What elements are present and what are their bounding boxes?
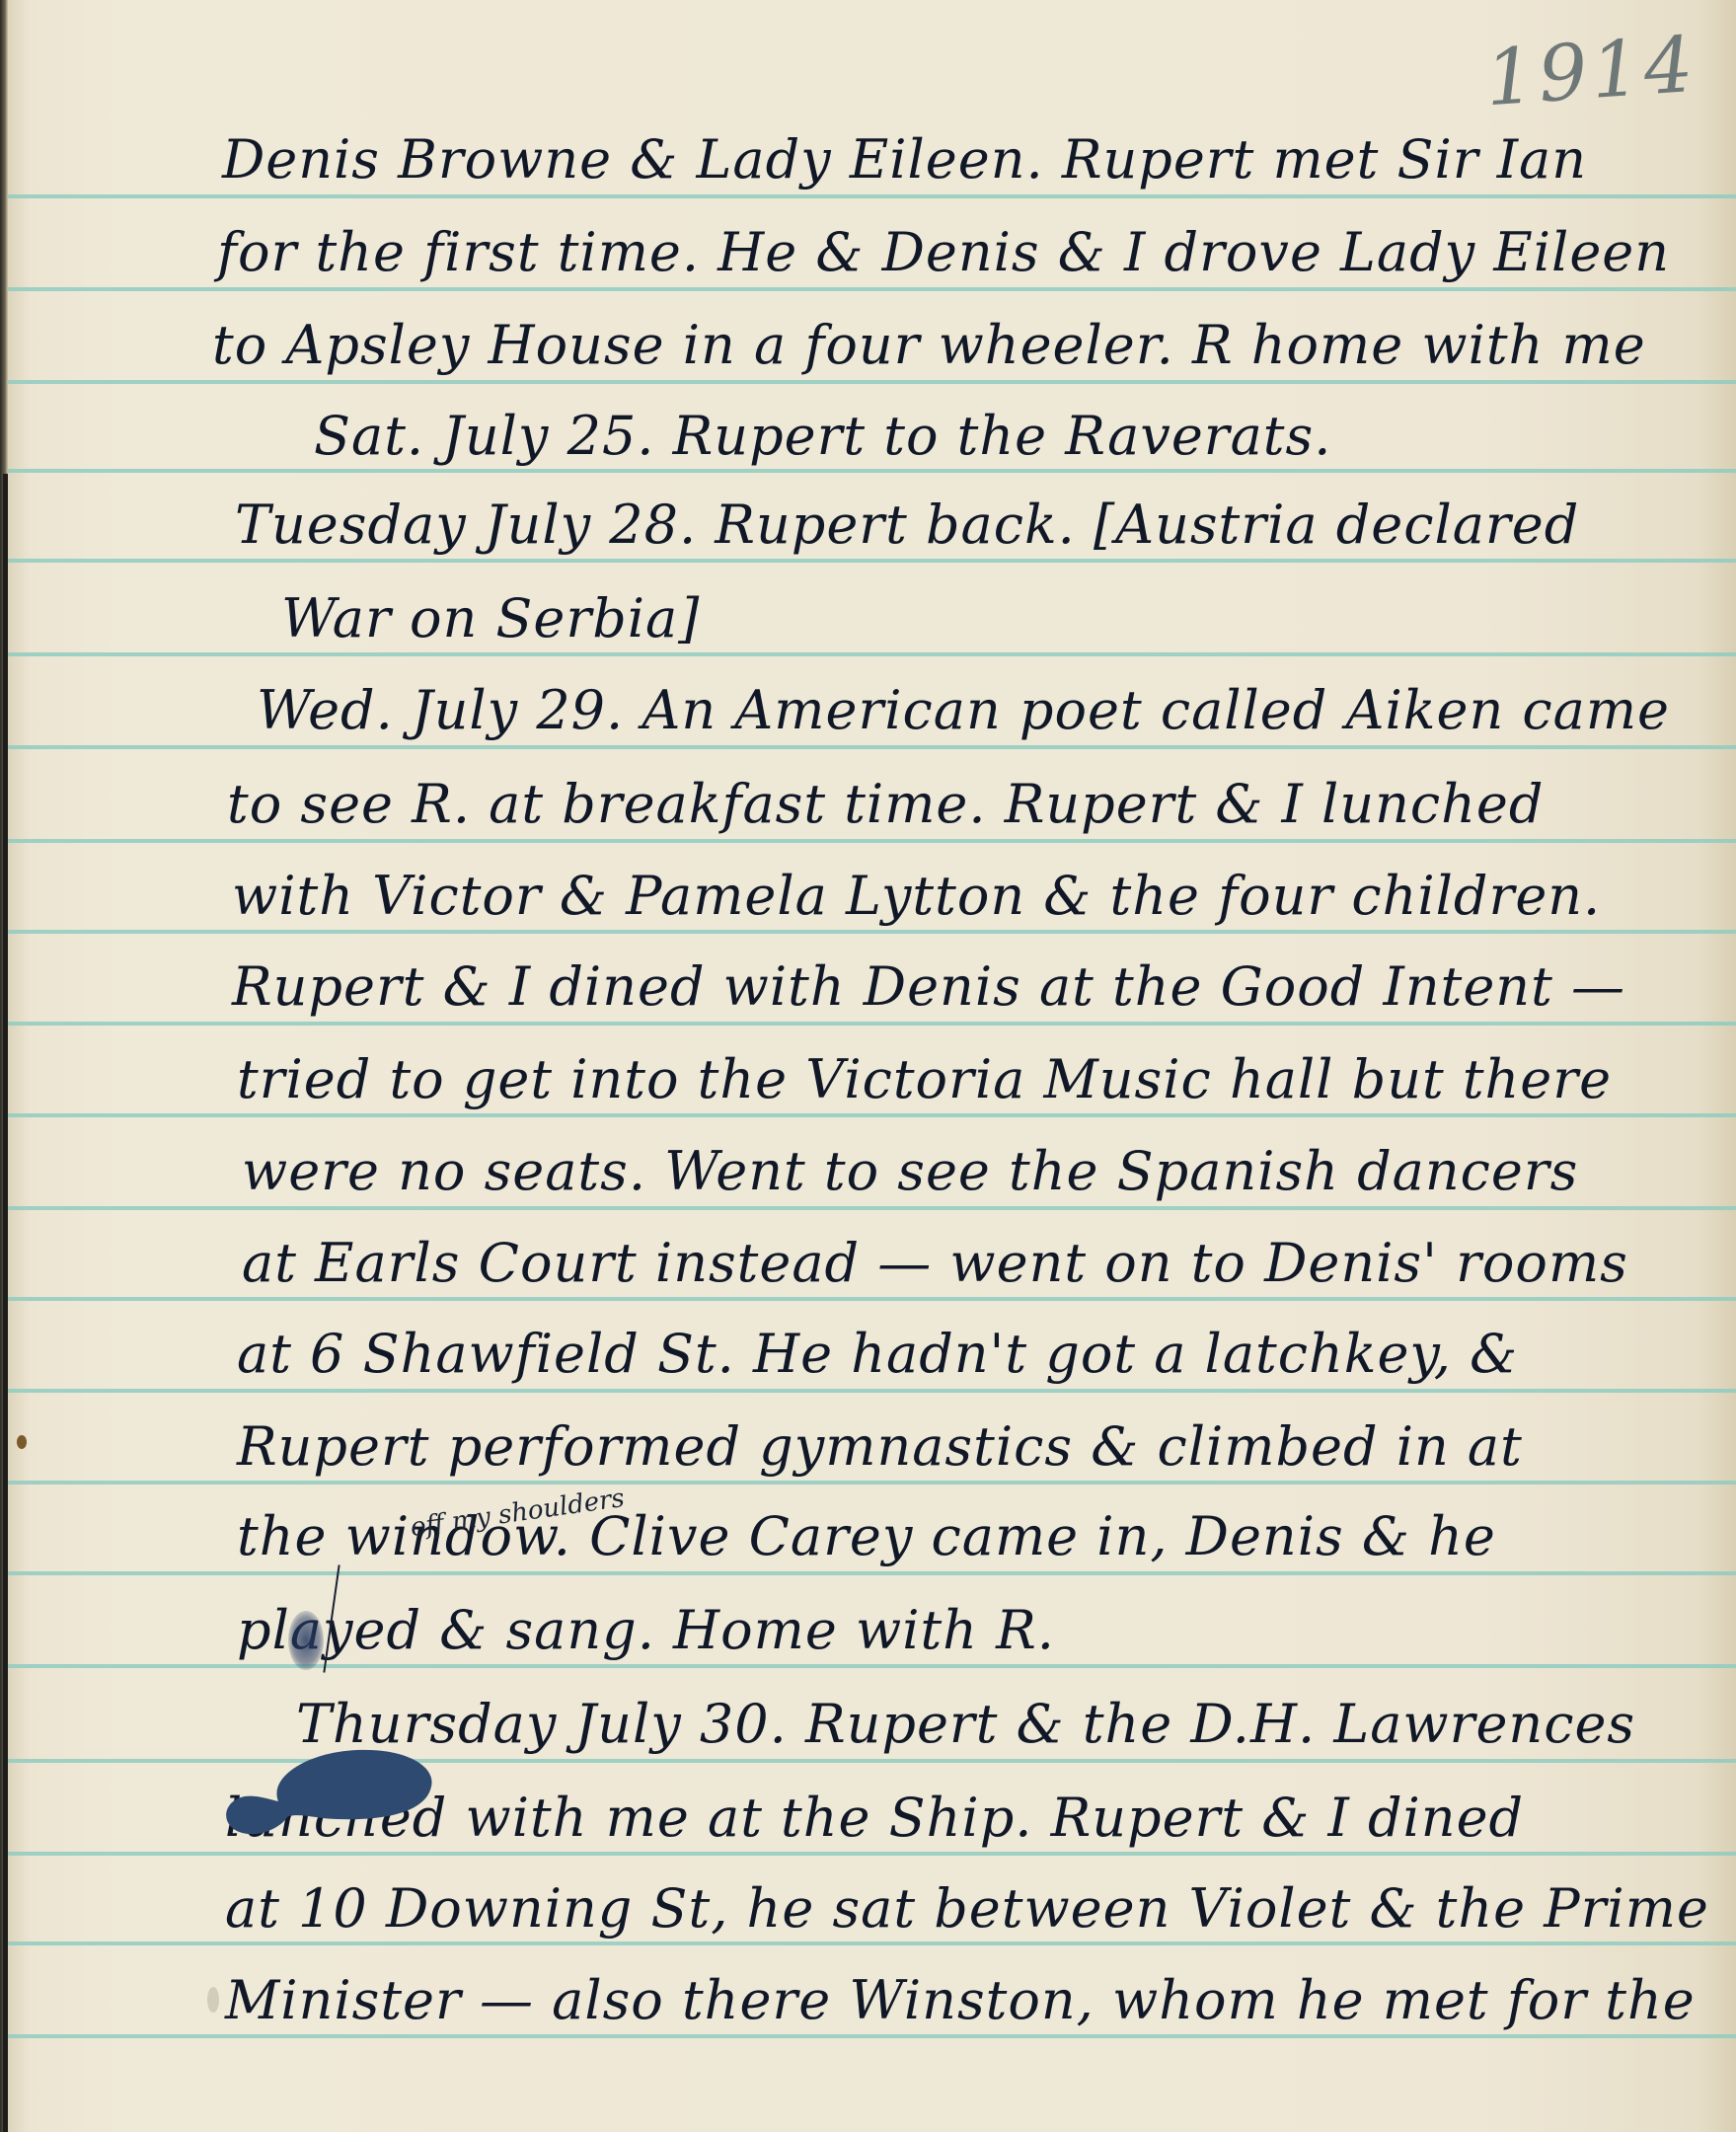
ruled-line xyxy=(8,930,1736,934)
ruled-line xyxy=(8,1206,1736,1210)
diary-line: with Victor & Pamela Lytton & the four c… xyxy=(232,865,1601,927)
ruled-line xyxy=(8,1571,1736,1575)
diary-line: tried to get into the Victoria Music hal… xyxy=(237,1048,1612,1110)
ruled-line xyxy=(8,380,1736,384)
year-annotation: 1914 xyxy=(1482,21,1699,124)
ruled-line xyxy=(8,559,1736,563)
ruled-line xyxy=(8,1481,1736,1485)
diary-line: to see R. at breakfast time. Rupert & I … xyxy=(227,773,1544,835)
diary-line: at 6 Shawfield St. He hadn't got a latch… xyxy=(237,1323,1518,1385)
binding-shadow xyxy=(3,474,8,2132)
ruled-line xyxy=(8,652,1736,656)
ruled-line xyxy=(8,469,1736,473)
diary-line: Wed. July 29. An American poet called Ai… xyxy=(257,679,1670,741)
ruled-line xyxy=(8,1022,1736,1026)
diary-line: for the first time. He & Denis & I drove… xyxy=(217,221,1670,283)
paper-stain xyxy=(17,1435,27,1449)
diary-line: played & sang. Home with R. xyxy=(237,1599,1055,1661)
ruled-line xyxy=(8,1297,1736,1301)
diary-page: 1914 Denis Browne & Lady Eileen. Rupert … xyxy=(0,0,1736,2132)
ruled-line xyxy=(8,1389,1736,1393)
diary-line: Tuesday July 28. Rupert back. [Austria d… xyxy=(235,494,1579,556)
paper-spot xyxy=(207,1987,219,2013)
ruled-line xyxy=(8,1664,1736,1668)
diary-line: Thursday July 30. Rupert & the D.H. Lawr… xyxy=(296,1693,1635,1755)
ruled-line xyxy=(8,1942,1736,1945)
diary-line: War on Serbia] xyxy=(281,587,700,649)
diary-line: to Apsley House in a four wheeler. R hom… xyxy=(212,314,1646,376)
diary-line: Rupert performed gymnastics & climbed in… xyxy=(237,1415,1523,1478)
diary-line: were no seats. Went to see the Spanish d… xyxy=(242,1140,1578,1202)
diary-line: at Earls Court instead — went on to Deni… xyxy=(242,1232,1628,1294)
diary-line: at 10 Downing St, he sat between Violet … xyxy=(225,1877,1709,1940)
diary-line: Sat. July 25. Rupert to the Raverats. xyxy=(314,405,1331,467)
ruled-line xyxy=(8,745,1736,749)
ink-blot xyxy=(219,1732,441,1841)
ruled-line xyxy=(8,1113,1736,1117)
diary-line: Denis Browne & Lady Eileen. Rupert met S… xyxy=(222,128,1587,190)
ruled-line xyxy=(8,2034,1736,2038)
diary-line: Minister — also there Winston, whom he m… xyxy=(225,1969,1696,2031)
ink-smudge xyxy=(288,1611,324,1670)
diary-line: Rupert & I dined with Denis at the Good … xyxy=(232,955,1625,1018)
ruled-line xyxy=(8,287,1736,291)
ruled-line xyxy=(8,1852,1736,1856)
ruled-line xyxy=(8,839,1736,843)
ruled-line xyxy=(8,194,1736,198)
